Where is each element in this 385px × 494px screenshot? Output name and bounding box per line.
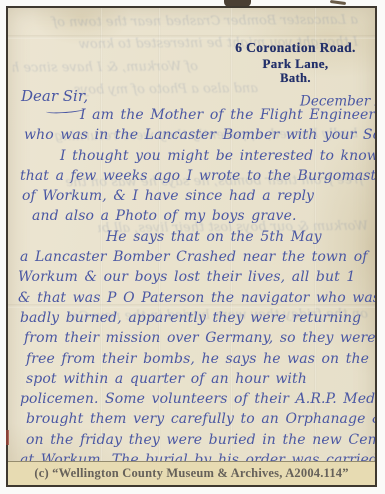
letter-line: a Lancaster Bomber Crashed near the town… <box>18 249 377 269</box>
letter-line: from their mission over Germany, so they… <box>18 330 377 350</box>
scan-smudge-mark <box>330 0 346 5</box>
letter-line: & that was P O Paterson the navigator wh… <box>18 290 377 310</box>
letter-line: I am the Mother of the Flight Engineer <box>18 107 377 127</box>
letterhead-address-line: 6 Coronation Road. <box>213 39 377 56</box>
letterhead-address-line: Bath. <box>213 71 377 86</box>
letter-line: and also a Photo of my boys grave. <box>18 208 377 228</box>
red-edge-mark <box>6 430 9 445</box>
copyright-bar: (c) “Wellington County Museum & Archives… <box>8 461 375 485</box>
letter-line: on the friday they were buried in the ne… <box>18 432 377 452</box>
letterhead-address-line: Park Lane, <box>213 56 377 71</box>
letter-line: Workum & our boys lost their lives, all … <box>18 269 377 289</box>
salutation: Dear Sir, <box>21 87 88 105</box>
letter-scan: a Lancaster Bomber Crashed near the town… <box>0 0 385 494</box>
letter-line: brought them very carefully to an Orphan… <box>18 411 377 431</box>
letter-line-text: policemen. Some volunteers of their A.R.… <box>20 391 377 407</box>
letter-line: He says that on the 5th May <box>18 229 377 249</box>
letter-line: who was in the Lancaster Bomber with you… <box>18 127 377 147</box>
letterhead: 6 Coronation Road. Park Lane, Bath. <box>213 39 377 86</box>
letter-line: spot within a quarter of an hour with <box>18 371 377 391</box>
letter-line: I thought you might be interested to kno… <box>18 148 377 168</box>
scan-frame: a Lancaster Bomber Crashed near the town… <box>6 6 377 487</box>
letter-line: of Workum, & I have since had a reply <box>18 188 377 208</box>
letter-body: I am the Mother of the Flight Engineer w… <box>18 107 377 472</box>
letter-line: policemen. Some volunteers of their A.R.… <box>18 391 377 411</box>
letter-line: free from their bombs, he says he was on… <box>18 351 377 371</box>
letter-line: badly burned, apparently they were retur… <box>18 310 377 330</box>
letter-line: that a few weeks ago I wrote to the Burg… <box>18 168 377 188</box>
